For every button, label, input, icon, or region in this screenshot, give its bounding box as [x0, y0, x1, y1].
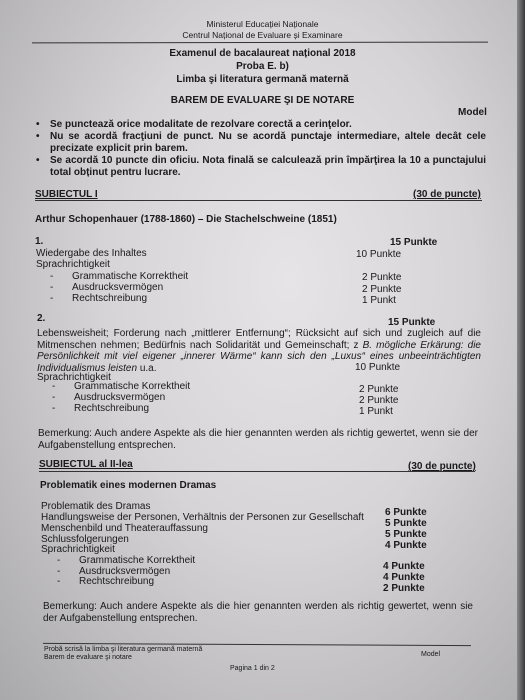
exam-title: Examenul de bacalaureat național 2018: [0, 48, 525, 59]
subject1-work: Arthur Schopenhauer (1788-1860) – Die St…: [35, 214, 337, 225]
q1-item-points: 1 Punkt: [362, 295, 396, 306]
q1-item: -Rechtschreibung: [50, 293, 147, 304]
q1-item: -Grammatische Korrektheit: [50, 271, 188, 282]
q2-item: -Rechtschreibung: [52, 403, 149, 414]
rules-list: Se punctează orice modalitate de rezolva…: [36, 119, 486, 179]
subject2-remark: Bemerkung: Auch andere Aspekte als die h…: [43, 601, 473, 624]
q1-content-label: Wiedergabe des Inhaltes: [36, 248, 147, 259]
q1-content-points: 10 Punkte: [356, 249, 401, 260]
s2-item: -Grammatische Korrektheit: [57, 555, 195, 566]
rule-item: Nu se acordă fracţiuni de punct. Nu se a…: [36, 131, 486, 155]
q1-lang-label: Sprachrichtigkeit: [36, 259, 110, 270]
page-number: Pagina 1 din 2: [230, 665, 275, 672]
subject2-points: (30 de puncte): [408, 461, 476, 472]
s2-item-points: 4 Punkte: [383, 572, 425, 583]
q2-item-points: 2 Punkte: [359, 395, 398, 406]
criterion-label: Menschenbild und Theaterauffassung: [41, 523, 208, 534]
subject1-remark: Bemerkung: Auch andere Aspekte als die h…: [38, 428, 478, 451]
q1-item: -Ausdrucksvermögen: [50, 282, 163, 293]
q1-total: 15 Punkte: [390, 237, 437, 248]
footer-model: Model: [421, 651, 440, 658]
criterion-points: 4 Punkte: [385, 540, 427, 551]
s2-item: -Rechtschreibung: [57, 576, 154, 587]
q2-item-points: 1 Punkt: [359, 406, 393, 417]
subject1-heading: SUBIECTUL I: [35, 189, 98, 200]
footer-line1: Probă scrisă la limba şi literatura germ…: [44, 646, 202, 653]
q2-total: 15 Punkte: [388, 317, 435, 328]
criterion-label: Problematik des Dramas: [41, 501, 150, 512]
subject1-points: (30 de puncte): [413, 189, 481, 200]
header-rule: [32, 42, 488, 44]
ministry-name: Ministerul Educației Naționale: [0, 19, 525, 29]
s2-item-points: 2 Punkte: [383, 583, 425, 594]
criterion-points: 6 Punkte: [385, 507, 427, 518]
q1-item-points: 2 Punkte: [362, 272, 401, 283]
center-name: Centrul Național de Evaluare și Examinar…: [0, 30, 525, 40]
subject2-title: Problematik eines modernen Dramas: [40, 480, 216, 491]
model-label: Model: [458, 107, 487, 118]
q2-item: -Ausdrucksvermögen: [52, 392, 165, 403]
rule-item: Se acordă 10 puncte din oficiu. Nota fin…: [36, 155, 486, 179]
q2-content-points: 10 Punkte: [355, 362, 400, 373]
criterion-points: 5 Punkte: [385, 518, 427, 529]
subject-label: Limba şi literatura germană maternă: [0, 74, 525, 85]
doc-title: BAREM DE EVALUARE ŞI DE NOTARE: [0, 95, 525, 106]
q2-item: -Grammatische Korrektheit: [52, 381, 190, 392]
q1-number: 1.: [35, 236, 43, 247]
subject1-rule: [35, 200, 482, 201]
s2-item-points: 4 Punkte: [383, 561, 425, 572]
criterion-points: 5 Punkte: [385, 529, 427, 540]
q2-number: 2.: [37, 313, 45, 324]
q1-item-points: 2 Punkte: [362, 284, 401, 295]
q2-expected-answer: Lebensweisheit; Forderung nach „mittlere…: [37, 328, 481, 374]
s2-lang-label: Sprachrichtigkeit: [41, 544, 115, 555]
footer-line2: Barem de evaluare şi notare: [44, 654, 132, 661]
q2-item-points: 2 Punkte: [359, 384, 398, 395]
subject2-heading: SUBIECTUL al II-lea: [39, 459, 133, 470]
criterion-label: Handlungsweise der Personen, Verhältnis …: [41, 512, 364, 523]
proba-label: Proba E. b): [0, 61, 525, 72]
rule-item: Se punctează orice modalitate de rezolva…: [36, 119, 486, 131]
